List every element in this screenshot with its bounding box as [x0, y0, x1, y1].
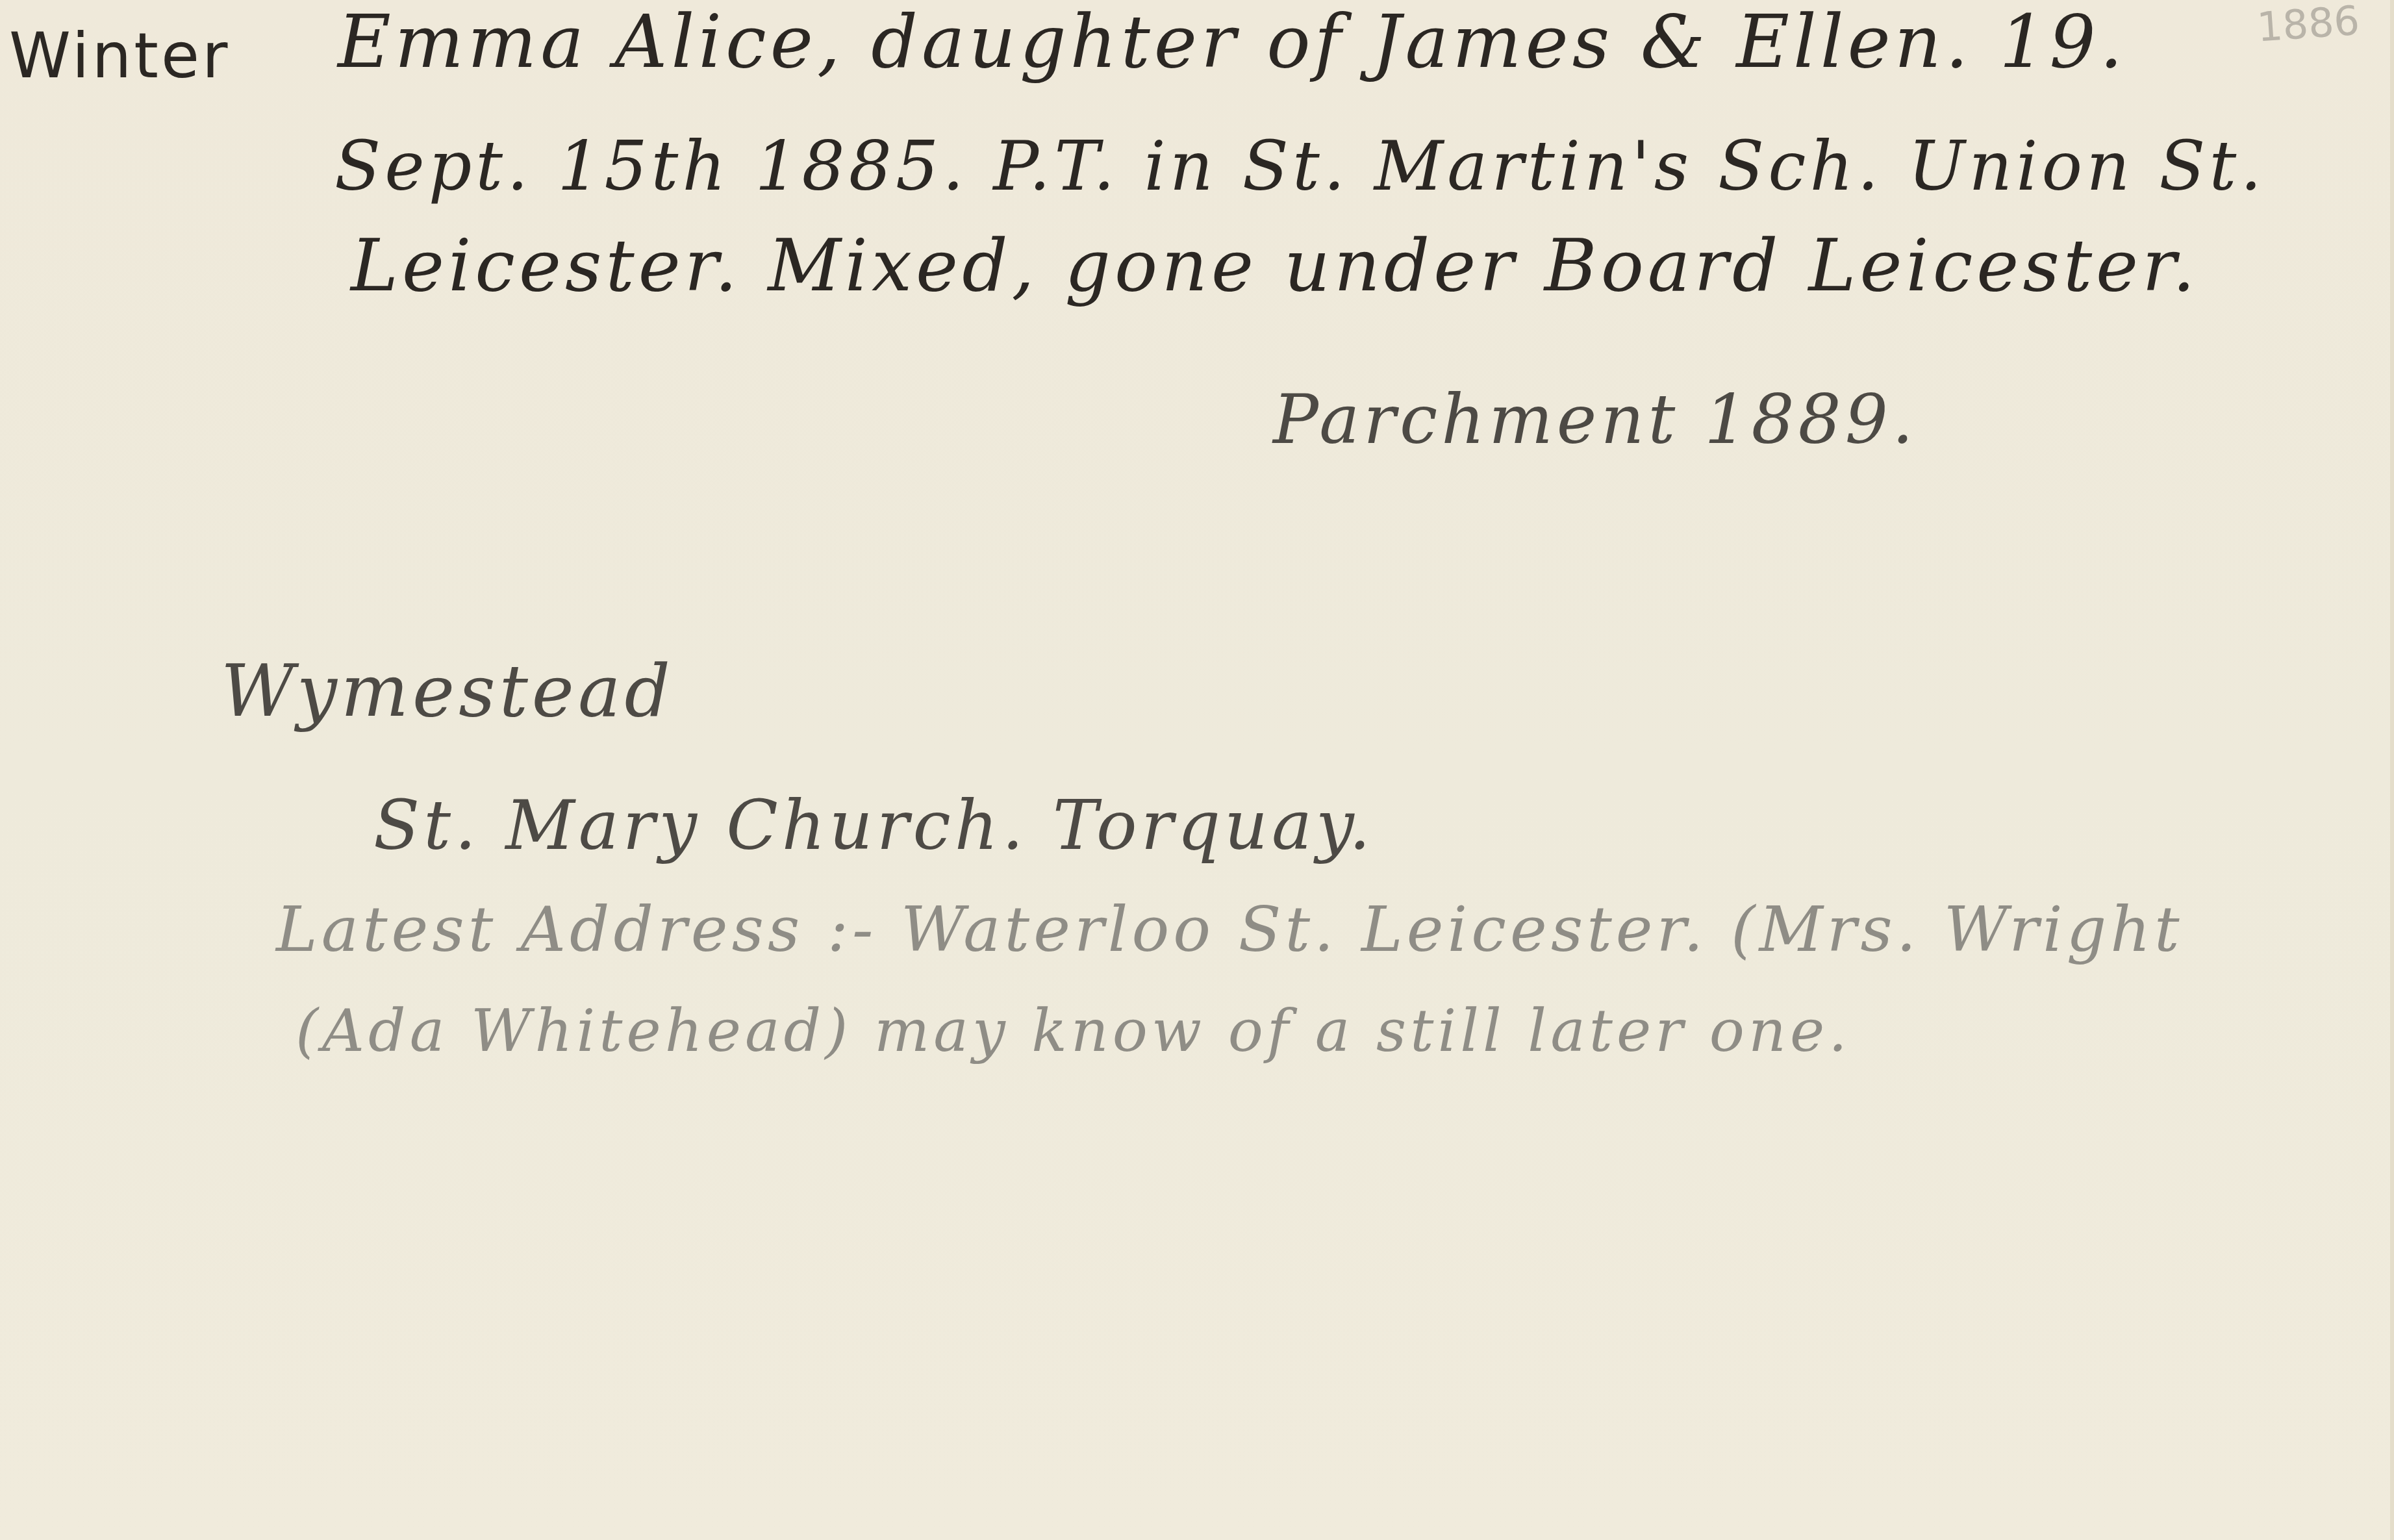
card-edge [2390, 0, 2394, 1540]
entry-date-school: Sept. 15th 1885. P.T. in St. Martin's Sc… [334, 127, 2265, 206]
address-house-name: Wymestead [221, 650, 674, 733]
record-card: 1886 Winter Emma Alice, daughter of Jame… [0, 0, 2394, 1540]
entry-town-status: Leicester. Mixed, gone under Board Leice… [351, 224, 2199, 307]
entry-name-parents: Emma Alice, daughter of James & Ellen. 1… [338, 0, 2126, 84]
latest-address-note: Latest Address :- Waterloo St. Leicester… [276, 893, 2184, 966]
surname-heading: Winter [9, 19, 231, 92]
latest-address-note-continued: (Ada Whitehead) may know of a still late… [296, 997, 1851, 1065]
address-street-town: St. Mary Church. Torquay. [373, 786, 1374, 865]
entry-parchment-year: Parchment 1889. [1273, 380, 1917, 459]
pencil-annotation-year: 1886 [2256, 0, 2362, 51]
